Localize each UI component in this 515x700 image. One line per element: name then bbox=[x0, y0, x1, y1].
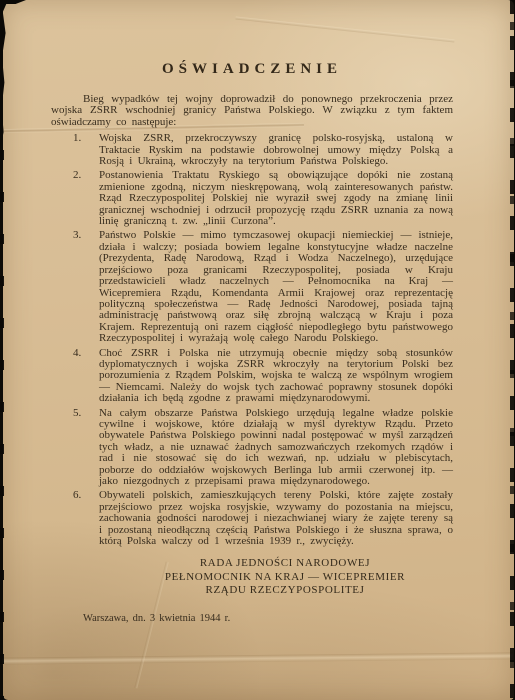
signature-line: PEŁNOMOCNIK NA KRAJ — WICEPREMIER bbox=[135, 571, 435, 584]
list-item-6: 6. Obywateli polskich, zamieszkujących t… bbox=[51, 490, 453, 547]
signature-block: RADA JEDNOŚCI NARODOWEJ PEŁNOMOCNIK NA K… bbox=[135, 557, 435, 597]
list-item-4: 4. Choć ZSRR i Polska nie utrzymują obec… bbox=[51, 348, 453, 405]
item-number: 6. bbox=[51, 490, 99, 547]
item-text: Wojska ZSRR, przekroczywszy granicę pols… bbox=[99, 133, 453, 167]
document-title: OŚWIADCZENIE bbox=[51, 61, 453, 78]
item-text: Państwo Polskie — mimo tymczasowej okupa… bbox=[99, 230, 453, 344]
scan-edge-left-dashes bbox=[0, 150, 4, 700]
list-item-5: 5. Na całym obszarze Państwa Polskiego u… bbox=[51, 408, 453, 488]
document-body: OŚWIADCZENIE Bieg wypadków tej wojny dop… bbox=[51, 61, 453, 624]
item-text: Na całym obszarze Państwa Polskiego urzę… bbox=[99, 408, 453, 488]
item-number: 3. bbox=[51, 230, 99, 344]
item-text: Postanowienia Traktatu Ryskiego są obowi… bbox=[99, 170, 453, 227]
signature-line: RZĄDU RZECZYPOSPOLITEJ bbox=[135, 584, 435, 597]
item-number: 1. bbox=[51, 133, 99, 167]
list-item-1: 1. Wojska ZSRR, przekroczywszy granicę p… bbox=[51, 133, 453, 167]
scan-edge-right-dashes bbox=[510, 0, 515, 700]
intro-paragraph: Bieg wypadków tej wojny doprowadził do p… bbox=[51, 94, 453, 128]
item-text: Obywateli polskich, zamieszkujących tere… bbox=[99, 490, 453, 547]
scanned-document: OŚWIADCZENIE Bieg wypadków tej wojny dop… bbox=[0, 0, 515, 700]
item-text: Choć ZSRR i Polska nie utrzymują obecnie… bbox=[99, 348, 453, 405]
signature-line: RADA JEDNOŚCI NARODOWEJ bbox=[135, 557, 435, 570]
item-number: 5. bbox=[51, 408, 99, 488]
item-number: 4. bbox=[51, 348, 99, 405]
dateline: Warszawa, dn. 3 kwietnia 1944 r. bbox=[83, 613, 453, 624]
item-number: 2. bbox=[51, 170, 99, 227]
list-item-3: 3. Państwo Polskie — mimo tymczasowej ok… bbox=[51, 230, 453, 344]
list-item-2: 2. Postanowienia Traktatu Ryskiego są ob… bbox=[51, 170, 453, 227]
